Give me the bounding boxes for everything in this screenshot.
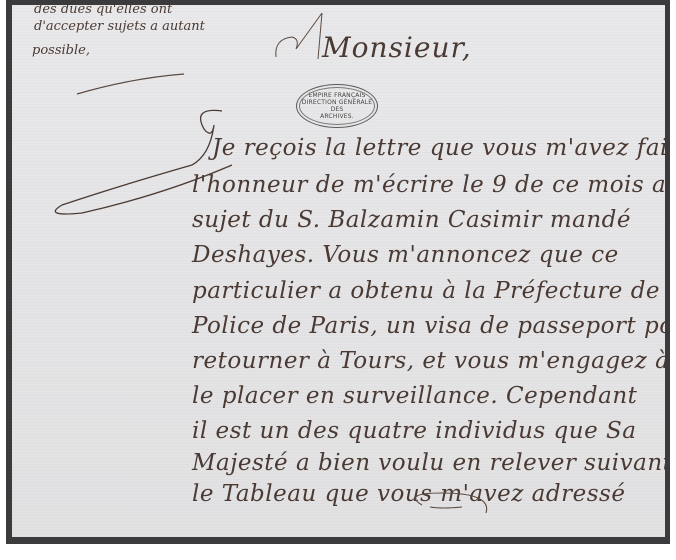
manuscript-page: des dues qu'elles ont d'accepter sujets …	[12, 5, 665, 537]
body-line-2: l'honneur de m'écrire le 9 de ce mois au	[192, 172, 665, 198]
body-line-7: retourner à Tours, et vous m'engagez à	[192, 348, 665, 374]
margin-note-line-3: possible,	[32, 43, 90, 58]
archives-stamp: EMPIRE FRANÇAIS DIRECTION GÉNÉRALE DES A…	[296, 84, 378, 128]
body-line-8: le placer en surveillance. Cependant	[192, 383, 637, 409]
stamp-line-4: ARCHIVES.	[320, 113, 354, 120]
body-line-4: Deshayes. Vous m'annoncez que ce	[192, 242, 619, 268]
stamp-line-2: DIRECTION GÉNÉRALE	[302, 99, 373, 106]
margin-flourish	[72, 70, 192, 100]
closing-flourish	[382, 485, 502, 525]
stamp-line-1: EMPIRE FRANÇAIS	[308, 92, 365, 99]
margin-note-line-1: des dues qu'elles ont	[34, 5, 172, 17]
body-line-5: particulier a obtenu à la Préfecture de	[192, 278, 660, 304]
salutation: Monsieur,	[322, 31, 472, 64]
body-line-9: il est un des quatre individus que Sa	[192, 418, 636, 444]
body-line-10: Majesté a bien voulu en relever suivant	[192, 450, 665, 476]
margin-note-line-2: d'accepter sujets a autant	[34, 19, 205, 34]
stamp-line-3: DES	[331, 106, 344, 113]
body-line-1: Je reçois la lettre que vous m'avez fait	[212, 135, 665, 161]
body-line-6: Police de Paris, un visa de passeport po…	[192, 313, 665, 339]
body-line-3: sujet du S. Balzamin Casimir mandé	[192, 207, 631, 233]
